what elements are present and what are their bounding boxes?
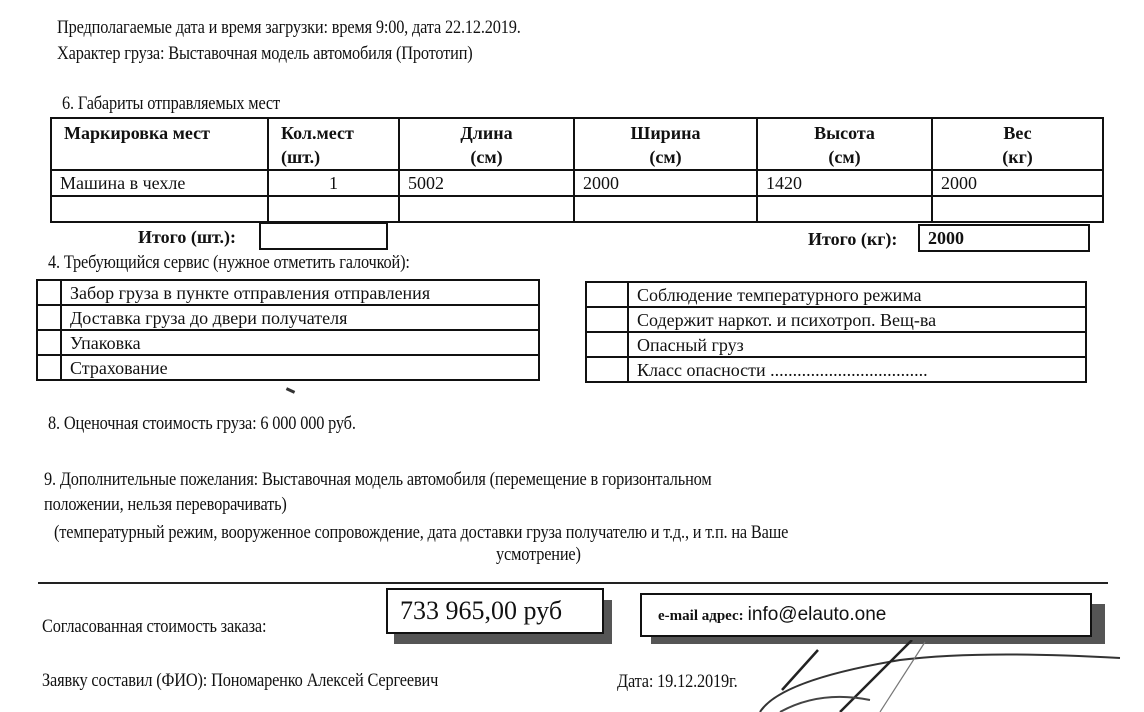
service-checkbox[interactable] [586,307,628,332]
email-box: e-mail адрес: info@elauto.one [640,593,1092,637]
total-pieces-value [259,222,388,250]
wishes-line-2: положении, нельзя переворачивать) [44,494,287,516]
cell-quantity [268,196,399,222]
service-checkbox[interactable] [37,305,61,330]
col-header-height: Высота(см) [757,118,932,170]
cell-quantity: 1 [268,170,399,196]
total-weight-value: 2000 [918,224,1090,252]
cell-height: 1420 [757,170,932,196]
agreed-cost-label: Согласованная стоимость заказа: [42,616,266,638]
col-header-weight: Вес(кг) [932,118,1103,170]
wishes-line-1: 9. Дополнительные пожелания: Выставочная… [44,469,712,491]
service-row: Забор груза в пункте отправления отправл… [37,280,539,305]
scan-artifact [286,387,295,394]
service-checkbox[interactable] [586,332,628,357]
estimated-value: 8. Оценочная стоимость груза: 6 000 000 … [48,413,356,435]
col-header-length: Длина(см) [399,118,574,170]
cell-weight: 2000 [932,170,1103,196]
cell-marking [51,196,268,222]
cell-marking: Машина в чехле [51,170,268,196]
cell-height [757,196,932,222]
col-header-marking: Маркировка мест [51,118,268,170]
service-label: Доставка груза до двери получателя [61,305,539,330]
services-left-table: Забор груза в пункте отправления отправл… [36,279,540,381]
services-right-table: Соблюдение температурного режима Содержи… [585,281,1087,383]
email-label: e-mail адрес: [658,608,744,624]
service-row: Доставка груза до двери получателя [37,305,539,330]
dimensions-table: Маркировка мест Кол.мест(шт.) Длина(см) … [50,117,1104,223]
service-label: Опасный груз [628,332,1086,357]
table-header-row: Маркировка мест Кол.мест(шт.) Длина(см) … [51,118,1103,170]
table-row: Машина в чехле 1 5002 2000 1420 2000 [51,170,1103,196]
agreed-cost-value: 733 965,00 руб [386,588,604,634]
cell-width [574,196,757,222]
total-weight-label: Итого (кг): [808,229,897,250]
composed-by: Заявку составил (ФИО): Пономаренко Алекс… [42,670,438,692]
total-pieces-label: Итого (шт.): [138,227,236,248]
service-checkbox[interactable] [37,330,61,355]
cell-weight [932,196,1103,222]
service-label: Упаковка [61,330,539,355]
cell-width: 2000 [574,170,757,196]
service-label: Соблюдение температурного режима [628,282,1086,307]
service-label: Страхование [61,355,539,380]
service-row: Опасный груз [586,332,1086,357]
service-row: Соблюдение температурного режима [586,282,1086,307]
service-label: Класс опасности ........................… [628,357,1086,382]
col-header-quantity: Кол.мест(шт.) [268,118,399,170]
signature [720,640,1140,712]
cargo-nature: Характер груза: Выставочная модель автом… [57,43,473,65]
service-row: Упаковка [37,330,539,355]
service-checkbox[interactable] [586,357,628,382]
cell-length: 5002 [399,170,574,196]
service-label: Содержит наркот. и психотроп. Вещ-ва [628,307,1086,332]
table-row [51,196,1103,222]
col-header-width: Ширина(см) [574,118,757,170]
wishes-line-4: усмотрение) [496,544,581,566]
service-checkbox[interactable] [37,355,61,380]
cell-length [399,196,574,222]
service-checkbox[interactable] [37,280,61,305]
service-row: Класс опасности ........................… [586,357,1086,382]
wishes-line-3: (температурный режим, вооруженное сопров… [54,522,788,544]
service-row: Содержит наркот. и психотроп. Вещ-ва [586,307,1086,332]
divider [38,582,1108,584]
service-row: Страхование [37,355,539,380]
loading-datetime: Предполагаемые дата и время загрузки: вр… [57,17,521,39]
service-label: Забор груза в пункте отправления отправл… [61,280,539,305]
service-checkbox[interactable] [586,282,628,307]
services-section-title: 4. Требующийся сервис (нужное отметить г… [48,252,410,274]
email-value[interactable]: info@elauto.one [748,604,887,625]
dimensions-section-title: 6. Габариты отправляемых мест [62,93,280,115]
